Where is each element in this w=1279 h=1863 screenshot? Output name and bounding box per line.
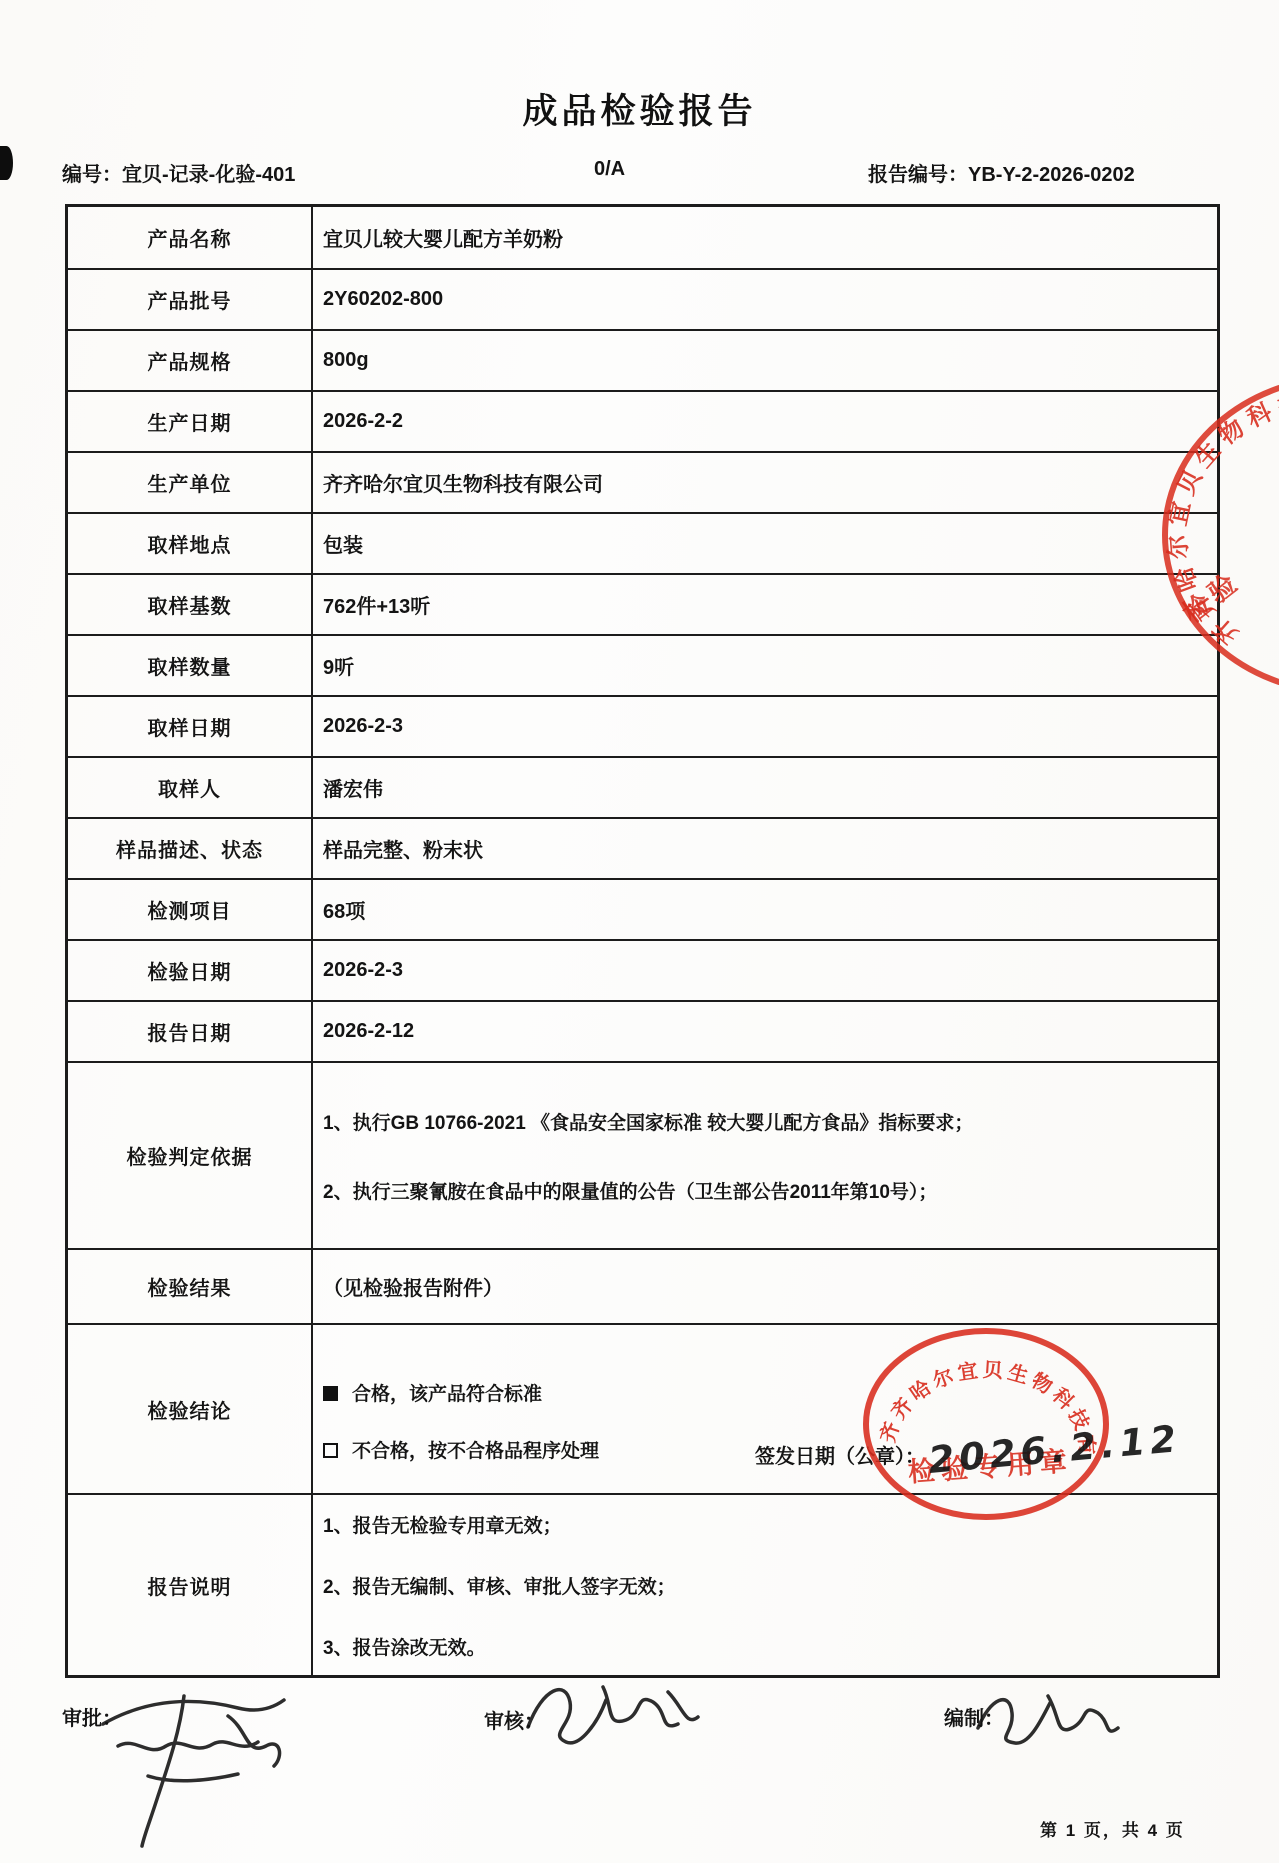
row-label: 生产日期 [68, 392, 313, 451]
row-label: 取样基数 [68, 575, 313, 634]
basis-item: 2、执行三聚氰胺在食品中的限量值的公告（卫生部公告2011年第10号）； [323, 1177, 937, 1204]
row-label: 取样地点 [68, 514, 313, 573]
table-row: 取样数量 9听 [68, 634, 1217, 695]
row-value: 2Y60202-800 [313, 270, 1217, 329]
row-label: 取样数量 [68, 636, 313, 695]
row-label: 检测项目 [68, 880, 313, 939]
row-value: 样品完整、粉末状 [313, 819, 1217, 878]
row-label: 取样日期 [68, 697, 313, 756]
table-row: 取样人 潘宏伟 [68, 756, 1217, 817]
conclusion-pass-option: 合格，该产品符合标准 [323, 1379, 542, 1406]
checked-checkbox-icon [323, 1386, 338, 1401]
page-number: 第 1 页，共 4 页 [1040, 1816, 1185, 1841]
table-row: 产品名称 宜贝儿较大婴儿配方羊奶粉 [68, 207, 1217, 268]
row-label: 样品描述、状态 [68, 819, 313, 878]
table-row: 取样地点 包装 [68, 512, 1217, 573]
row-value: 2026-2-3 [313, 697, 1217, 756]
revision-code: 0/A [594, 158, 625, 181]
reviewer-signature [518, 1672, 703, 1757]
table-row: 样品描述、状态 样品完整、粉末状 [68, 817, 1217, 878]
unchecked-checkbox-icon [323, 1443, 338, 1458]
basis-item: 1、执行GB 10766-2021 《食品安全国家标准 较大婴儿配方食品》指标要… [323, 1108, 973, 1135]
table-row-basis: 检验判定依据 1、执行GB 10766-2021 《食品安全国家标准 较大婴儿配… [68, 1061, 1217, 1248]
row-value: （见检验报告附件） [313, 1250, 1217, 1323]
row-label: 生产单位 [68, 453, 313, 512]
preparer-signature [970, 1678, 1120, 1758]
report-page: 成品检验报告 编号：宜贝-记录-化验-401 0/A 报告编号：YB-Y-2-2… [0, 0, 1279, 1863]
row-value: 9听 [313, 636, 1217, 695]
table-row: 产品批号 2Y60202-800 [68, 268, 1217, 329]
report-number: 报告编号：YB-Y-2-2026-0202 [868, 158, 1135, 187]
row-label: 检验结论 [68, 1325, 313, 1493]
row-value: 2026-2-12 [313, 1002, 1217, 1061]
row-label: 取样人 [68, 758, 313, 817]
row-value: 包装 [313, 514, 1217, 573]
row-value: 2026-2-3 [313, 941, 1217, 1000]
conclusion-fail-option: 不合格，按不合格品程序处理 [323, 1436, 599, 1463]
table-row: 取样基数 762件+13听 [68, 573, 1217, 634]
row-value: 2026-2-2 [313, 392, 1217, 451]
table-row: 产品规格 800g [68, 329, 1217, 390]
note-item: 1、报告无检验专用章无效； [323, 1511, 562, 1538]
row-value: 800g [313, 331, 1217, 390]
row-value: 潘宏伟 [313, 758, 1217, 817]
meta-row: 编号：宜贝-记录-化验-401 0/A 报告编号：YB-Y-2-2026-020… [0, 158, 1279, 190]
table-row: 取样日期 2026-2-3 [68, 695, 1217, 756]
row-label: 报告日期 [68, 1002, 313, 1061]
row-label: 产品批号 [68, 270, 313, 329]
note-item: 3、报告涂改无效。 [323, 1633, 486, 1660]
table-row-result: 检验结果 （见检验报告附件） [68, 1248, 1217, 1323]
table-row: 检测项目 68项 [68, 878, 1217, 939]
note-item: 2、报告无编制、审核、审批人签字无效； [323, 1572, 676, 1599]
row-value: 68项 [313, 880, 1217, 939]
corner-seal-stamp: 齐齐哈尔宜贝生物科技 检验 [1140, 355, 1279, 685]
approver-signature [88, 1686, 318, 1851]
row-label: 检验结果 [68, 1250, 313, 1323]
page-title: 成品检验报告 [0, 84, 1279, 134]
document-code: 编号：宜贝-记录-化验-401 [62, 158, 295, 187]
row-value: 762件+13听 [313, 575, 1217, 634]
basis-value: 1、执行GB 10766-2021 《食品安全国家标准 较大婴儿配方食品》指标要… [313, 1063, 1217, 1248]
row-label: 检验判定依据 [68, 1063, 313, 1248]
table-row: 检验日期 2026-2-3 [68, 939, 1217, 1000]
table-row: 报告日期 2026-2-12 [68, 1000, 1217, 1061]
row-label: 检验日期 [68, 941, 313, 1000]
table-row: 生产单位 齐齐哈尔宜贝生物科技有限公司 [68, 451, 1217, 512]
row-label: 产品名称 [68, 207, 313, 268]
row-value: 宜贝儿较大婴儿配方羊奶粉 [313, 207, 1217, 268]
table-row: 生产日期 2026-2-2 [68, 390, 1217, 451]
row-label: 产品规格 [68, 331, 313, 390]
row-value: 齐齐哈尔宜贝生物科技有限公司 [313, 453, 1217, 512]
row-label: 报告说明 [68, 1495, 313, 1675]
